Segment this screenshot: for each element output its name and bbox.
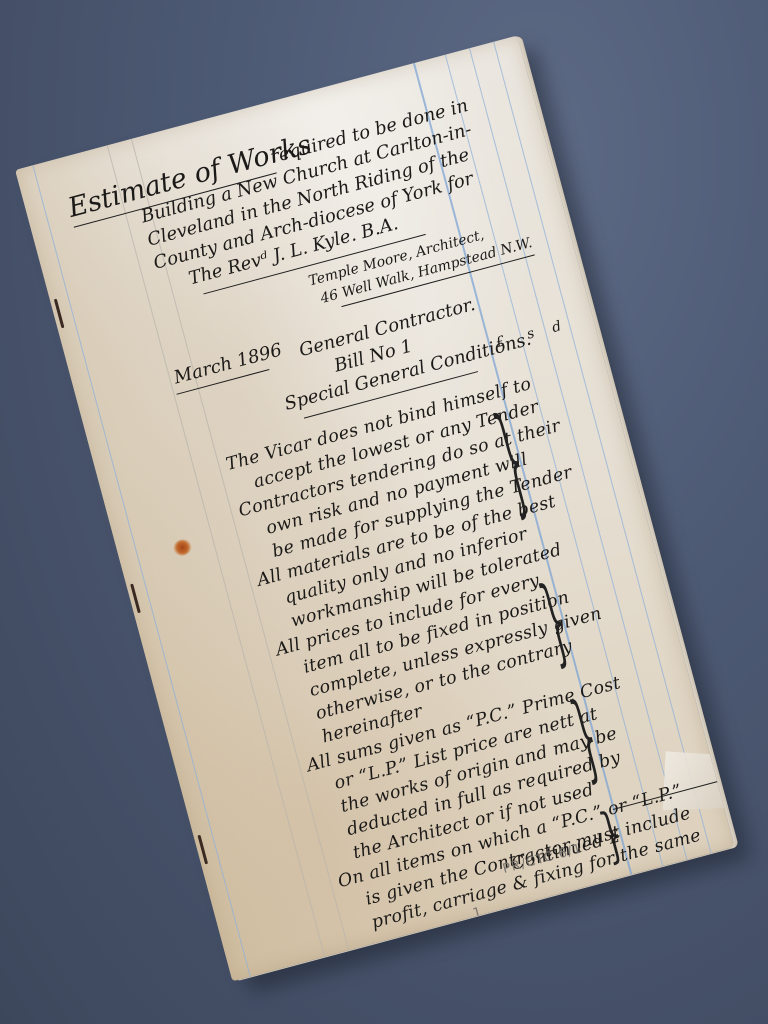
column-header-pence: d [550,318,563,336]
document-page: Estimate of Works required to be done in… [15,35,735,981]
